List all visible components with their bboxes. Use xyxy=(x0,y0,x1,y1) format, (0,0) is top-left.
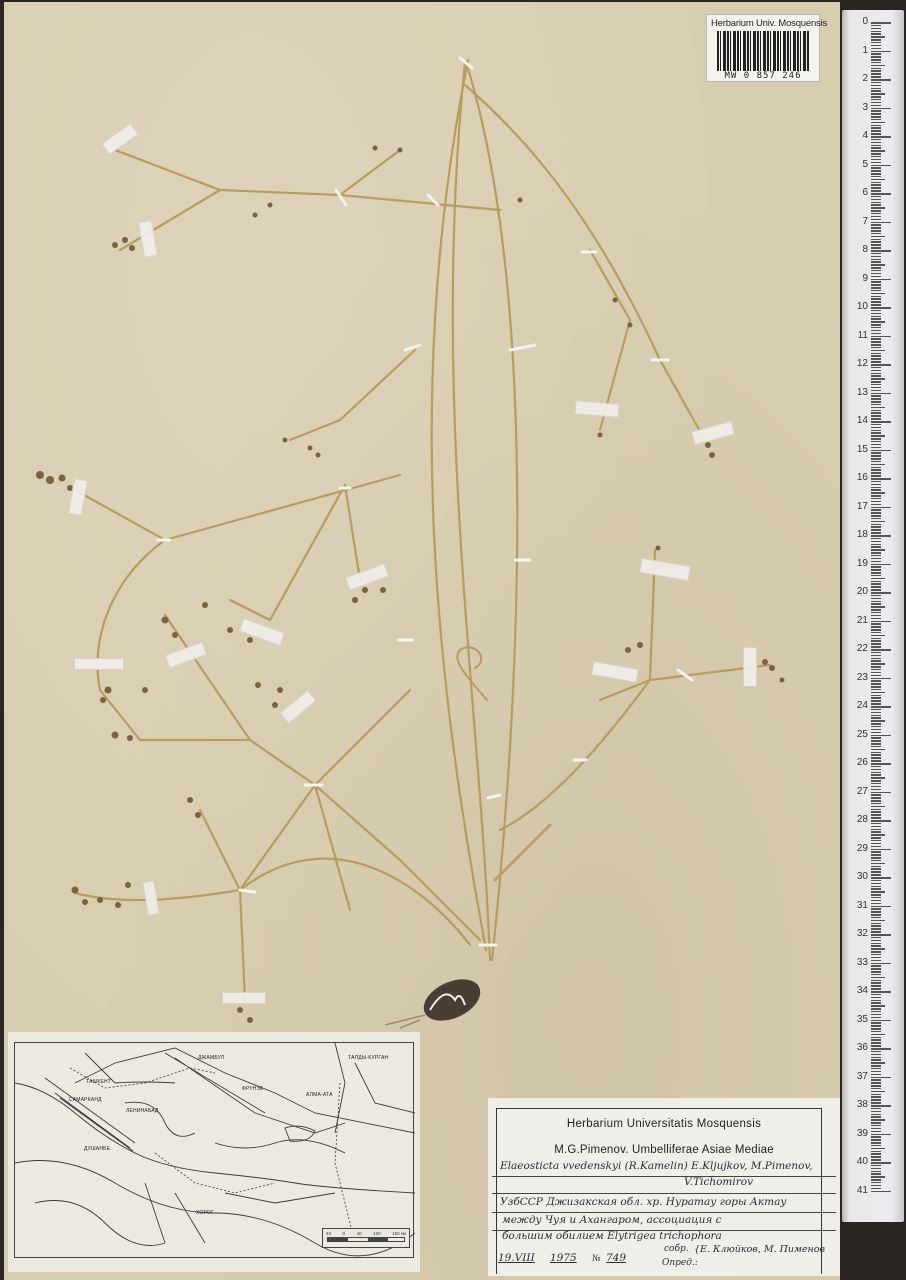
ruler-tick xyxy=(871,851,881,853)
locality-line-3: большим обилием Elytrigea trichophora xyxy=(502,1230,722,1242)
ruler-tick xyxy=(871,239,881,241)
ruler-tick xyxy=(871,167,881,169)
ruler-tick xyxy=(871,754,881,756)
ruler-tick xyxy=(871,498,881,500)
scale-tick-label: 40 xyxy=(357,1231,362,1236)
ruler-tick xyxy=(871,606,885,608)
ruler-tick xyxy=(871,763,891,765)
ruler-tick xyxy=(871,777,885,779)
ruler-tick xyxy=(871,792,891,794)
ruler-tick xyxy=(871,709,881,711)
ruler-tick xyxy=(871,430,881,432)
ruler-tick xyxy=(871,1085,881,1087)
ruler-tick xyxy=(871,353,881,355)
ruler-tick xyxy=(871,478,891,480)
ruler-tick xyxy=(871,190,881,192)
ruler-tick xyxy=(871,541,881,543)
ruler-tick xyxy=(871,1105,891,1107)
ruler-tick xyxy=(871,85,881,87)
ruler-tick xyxy=(871,145,881,147)
ruler-tick xyxy=(871,450,891,452)
ruler-number: 5 xyxy=(848,159,868,170)
ruler-tick xyxy=(871,507,891,509)
ruler-tick xyxy=(871,1182,881,1184)
ruler-tick xyxy=(871,484,881,486)
ruler-tick xyxy=(871,965,881,967)
map-city-label: АЛМА-АТА xyxy=(306,1092,333,1098)
ruler-tick xyxy=(871,891,885,893)
ruler-tick xyxy=(871,1125,881,1127)
ruler-tick xyxy=(871,99,881,101)
ruler-tick xyxy=(871,1059,881,1061)
ruler-tick xyxy=(871,814,881,816)
ruler-tick xyxy=(871,338,881,340)
ruler-tick xyxy=(871,635,885,637)
ruler-tick xyxy=(871,652,881,654)
ruler-tick xyxy=(871,330,881,332)
ruler-tick xyxy=(871,866,881,868)
ruler-tick xyxy=(871,224,881,226)
ruler-tick xyxy=(871,860,881,862)
institution-name: Herbarium Univ. Mosquensis xyxy=(711,18,815,29)
ruler-tick xyxy=(871,934,891,936)
ruler-tick xyxy=(871,1008,881,1010)
ruler-tick xyxy=(871,82,881,84)
ruler-tick xyxy=(871,62,881,64)
ruler-tick xyxy=(871,1134,891,1136)
mounting-tape xyxy=(222,992,266,1004)
ruler-number: 39 xyxy=(848,1128,868,1139)
map-city-label: ФРУНЗЕ xyxy=(242,1086,263,1092)
ruler-tick xyxy=(871,766,881,768)
ruler-tick xyxy=(871,1062,885,1064)
ruler-tick xyxy=(871,549,885,551)
ruler-tick xyxy=(871,817,881,819)
ruler-tick xyxy=(871,293,885,295)
ruler-tick xyxy=(871,364,891,366)
ruler-tick xyxy=(871,179,885,181)
label-rule xyxy=(492,1212,836,1213)
ruler-tick xyxy=(871,592,891,594)
determiner-label: Опред.: xyxy=(662,1258,698,1268)
label-title: Herbarium Universitatis Mosquensis xyxy=(488,1118,840,1130)
ruler-tick xyxy=(871,25,881,27)
map-city-label: ЛЕНИНАБАД xyxy=(126,1108,159,1114)
ruler-tick xyxy=(871,33,881,35)
ruler-tick xyxy=(871,720,885,722)
ruler-tick xyxy=(871,125,881,127)
scale-tick-label: 120 xyxy=(373,1231,381,1236)
ruler-tick xyxy=(871,877,891,879)
ruler-tick xyxy=(871,863,885,865)
ruler-tick xyxy=(871,1096,881,1098)
map-city-label: ТАЛДЫ-КУРГАН xyxy=(348,1055,388,1061)
ruler-tick xyxy=(871,310,881,312)
ruler-tick xyxy=(871,489,881,491)
ruler-tick xyxy=(871,994,881,996)
ruler-tick xyxy=(871,566,881,568)
label-rule xyxy=(492,1193,836,1194)
ruler-tick xyxy=(871,395,881,397)
ruler-tick xyxy=(871,546,881,548)
ruler-number: 20 xyxy=(848,586,868,597)
ruler-tick xyxy=(871,643,881,645)
ruler-tick xyxy=(871,1122,881,1124)
ruler-tick xyxy=(871,153,881,155)
map-city-label: ХОРОГ xyxy=(196,1210,214,1216)
ruler-tick xyxy=(871,301,881,303)
ruler-tick xyxy=(871,603,881,605)
ruler-tick xyxy=(871,823,881,825)
ruler-tick xyxy=(871,680,881,682)
ruler-tick xyxy=(871,1045,881,1047)
ruler-tick xyxy=(871,481,881,483)
ruler-number: 29 xyxy=(848,843,868,854)
ruler-tick xyxy=(871,48,881,50)
ruler-tick xyxy=(871,1102,881,1104)
ruler-tick xyxy=(871,1002,881,1004)
ruler-tick xyxy=(871,980,881,982)
ruler-tick xyxy=(871,829,881,831)
collection-date: 19.VIII xyxy=(498,1252,535,1264)
ruler-tick xyxy=(871,609,881,611)
ruler-tick xyxy=(871,142,881,144)
ruler-tick xyxy=(871,455,881,457)
ruler-tick xyxy=(871,230,881,232)
ruler-tick xyxy=(871,244,881,246)
ruler-tick xyxy=(871,1068,881,1070)
ruler-tick xyxy=(871,381,881,383)
ruler-number: 17 xyxy=(848,501,868,512)
ruler-tick xyxy=(871,250,891,252)
ruler-tick xyxy=(871,1034,885,1036)
ruler-tick xyxy=(871,1039,881,1041)
locality-line-1: УзбССР Джизакская обл. хр. Нуратау горы … xyxy=(500,1196,786,1208)
ruler-tick xyxy=(871,977,885,979)
ruler-number: 12 xyxy=(848,358,868,369)
ruler-tick xyxy=(871,826,881,828)
ruler-tick xyxy=(871,854,881,856)
ruler-tick xyxy=(871,321,885,323)
ruler-tick xyxy=(871,1079,881,1081)
ruler-tick xyxy=(871,1074,881,1076)
ruler-tick xyxy=(871,948,885,950)
ruler-tick xyxy=(871,370,881,372)
ruler-tick xyxy=(871,1020,891,1022)
ruler-tick xyxy=(871,298,881,300)
ruler-tick xyxy=(871,589,881,591)
ruler-tick xyxy=(871,347,881,349)
ruler-tick xyxy=(871,846,881,848)
ruler-tick xyxy=(871,59,881,61)
ruler-tick xyxy=(871,623,881,625)
ruler-number: 33 xyxy=(848,957,868,968)
ruler-tick xyxy=(871,831,881,833)
ruler-tick xyxy=(871,732,881,734)
ruler-tick xyxy=(871,501,881,503)
map-city-label: ДЖАМБУЛ xyxy=(198,1055,224,1061)
ruler-number: 21 xyxy=(848,615,868,626)
ruler-tick xyxy=(871,410,881,412)
ruler-tick xyxy=(871,467,881,469)
ruler-tick xyxy=(871,1168,881,1170)
ruler-number: 15 xyxy=(848,444,868,455)
ruler-tick xyxy=(871,595,881,597)
ruler-tick xyxy=(871,937,881,939)
ruler-tick xyxy=(871,1116,881,1118)
map-city-label: САМАРКАНД xyxy=(69,1097,102,1103)
ruler-tick xyxy=(871,1000,881,1002)
mounting-tape xyxy=(74,658,124,670)
ruler-tick xyxy=(871,1151,881,1153)
ruler-tick xyxy=(871,940,881,942)
ruler-tick xyxy=(871,772,881,774)
ruler-tick xyxy=(871,971,881,973)
ruler-tick xyxy=(871,703,881,705)
ruler-tick xyxy=(871,1145,881,1147)
ruler-tick xyxy=(871,538,881,540)
ruler-tick xyxy=(871,1031,881,1033)
collectors-label: собр. xyxy=(664,1244,689,1254)
ruler-tick xyxy=(871,988,881,990)
ruler-tick xyxy=(871,236,885,238)
ruler-tick xyxy=(871,1162,891,1164)
ruler-tick xyxy=(871,903,881,905)
ruler-tick xyxy=(871,689,881,691)
ruler-tick xyxy=(871,749,885,751)
ruler-tick xyxy=(871,868,881,870)
taxon-name: Elaeosticta vvedenskyi (R.Kamelin) E.Klj… xyxy=(500,1160,812,1172)
ruler-tick xyxy=(871,957,881,959)
ruler-tick xyxy=(871,666,881,668)
catalog-number: MW 0 857 246 xyxy=(711,71,815,81)
ruler-tick xyxy=(871,583,881,585)
ruler-tick xyxy=(871,415,881,417)
ruler-tick xyxy=(871,475,881,477)
ruler-tick xyxy=(871,276,881,278)
ruler-tick xyxy=(871,1153,881,1155)
ruler-tick xyxy=(871,79,891,81)
ruler-tick xyxy=(871,39,881,41)
ruler-tick xyxy=(871,438,881,440)
ruler-tick xyxy=(871,820,891,822)
ruler-tick xyxy=(871,472,881,474)
ruler-tick xyxy=(871,464,885,466)
ruler-tick xyxy=(871,287,881,289)
ruler-tick xyxy=(871,159,881,161)
ruler-number: 35 xyxy=(848,1014,868,1025)
ruler-tick xyxy=(871,752,881,754)
ruler-tick xyxy=(871,384,881,386)
collection-number: 749 xyxy=(606,1252,626,1264)
ruler-tick xyxy=(871,327,881,329)
ruler-tick xyxy=(871,532,881,534)
ruler-tick xyxy=(871,1131,881,1133)
ruler-tick xyxy=(871,407,885,409)
ruler-tick xyxy=(871,193,891,195)
locality-line-2: между Чуя и Ахангаром, ассоциация с xyxy=(502,1214,722,1226)
scale-tick-label: 160 км xyxy=(392,1231,406,1236)
ruler-tick xyxy=(871,176,881,178)
ruler-tick xyxy=(871,857,881,859)
ruler-tick xyxy=(871,1165,881,1167)
ruler-tick xyxy=(871,147,881,149)
ruler-number: 16 xyxy=(848,472,868,483)
ruler-tick xyxy=(871,73,881,75)
ruler-tick xyxy=(871,920,885,922)
ruler-number: 14 xyxy=(848,415,868,426)
ruler-tick xyxy=(871,800,881,802)
ruler-tick xyxy=(871,1173,881,1175)
ruler-number: 22 xyxy=(848,643,868,654)
ruler-tick xyxy=(871,706,891,708)
ruler-tick xyxy=(871,586,881,588)
ruler-tick xyxy=(871,65,885,67)
ruler-tick xyxy=(871,871,881,873)
ruler-tick xyxy=(871,261,881,263)
ruler-tick xyxy=(871,1048,891,1050)
ruler-tick xyxy=(871,960,881,962)
ruler-tick xyxy=(871,558,881,560)
ruler-number: 10 xyxy=(848,301,868,312)
ruler-tick xyxy=(871,1108,881,1110)
ruler-number: 38 xyxy=(848,1099,868,1110)
ruler-tick xyxy=(871,401,881,403)
ruler-tick xyxy=(871,726,881,728)
ruler-tick xyxy=(871,253,881,255)
ruler-tick xyxy=(871,441,881,443)
scale-tick-label: 40 xyxy=(326,1231,331,1236)
ruler-tick xyxy=(871,655,881,657)
ruler-tick xyxy=(871,695,881,697)
ruler-tick xyxy=(871,404,881,406)
ruler-tick xyxy=(871,76,881,78)
collectors: {Е. Клюйков, М. Пименов xyxy=(694,1244,825,1255)
ruler-tick xyxy=(871,672,881,674)
ruler-tick xyxy=(871,452,881,454)
ruler-tick xyxy=(871,535,891,537)
ruler-tick xyxy=(871,427,881,429)
ruler-tick xyxy=(871,173,881,175)
ruler-tick xyxy=(871,355,881,357)
ruler-tick xyxy=(871,760,881,762)
ruler-tick xyxy=(871,640,881,642)
ruler-tick xyxy=(871,803,881,805)
scale-ruler: 0123456789101112131415161718192021222324… xyxy=(842,10,904,1222)
ruler-tick xyxy=(871,769,881,771)
ruler-tick xyxy=(871,564,891,566)
ruler-tick xyxy=(871,968,881,970)
ruler-tick xyxy=(871,1091,885,1093)
ruler-tick xyxy=(871,900,881,902)
ruler-tick xyxy=(871,233,881,235)
ruler-tick xyxy=(871,1139,881,1141)
ruler-tick xyxy=(871,241,881,243)
ruler-tick xyxy=(871,806,885,808)
ruler-tick xyxy=(871,187,881,189)
ruler-number: 24 xyxy=(848,700,868,711)
ruler-tick xyxy=(871,156,881,158)
ruler-tick xyxy=(871,113,881,115)
ruler-tick xyxy=(871,341,881,343)
mounting-tape xyxy=(743,647,757,687)
ruler-tick xyxy=(871,504,881,506)
ruler-tick xyxy=(871,361,881,363)
ruler-tick xyxy=(871,324,881,326)
ruler-tick xyxy=(871,894,881,896)
ruler-tick xyxy=(871,447,881,449)
ruler-tick xyxy=(871,116,881,118)
ruler-tick xyxy=(871,247,881,249)
ruler-tick xyxy=(871,723,881,725)
ruler-tick xyxy=(871,458,881,460)
ruler-tick xyxy=(871,780,881,782)
ruler-tick xyxy=(871,1179,881,1181)
ruler-tick xyxy=(871,259,881,261)
ruler-tick xyxy=(871,122,885,124)
ruler-tick xyxy=(871,925,881,927)
ruler-tick xyxy=(871,1088,881,1090)
ruler-tick xyxy=(871,729,881,731)
ruler-tick xyxy=(871,398,881,400)
ruler-tick xyxy=(871,621,891,623)
ruler-tick xyxy=(871,51,891,53)
label-rule xyxy=(492,1176,836,1177)
ruler-tick xyxy=(871,216,881,218)
ruler-tick xyxy=(871,68,881,70)
ruler-tick xyxy=(871,165,891,167)
ruler-tick xyxy=(871,202,881,204)
ruler-tick xyxy=(871,809,881,811)
ruler-tick xyxy=(871,575,881,577)
ruler-tick xyxy=(871,378,885,380)
ruler-number: 28 xyxy=(848,814,868,825)
ruler-tick xyxy=(871,444,881,446)
ruler-tick xyxy=(871,521,885,523)
ruler-tick xyxy=(871,849,891,851)
ruler-tick xyxy=(871,412,881,414)
ruler-tick xyxy=(871,1054,881,1056)
collection-year: 1975 xyxy=(550,1252,577,1264)
ruler-tick xyxy=(871,917,881,919)
ruler-tick xyxy=(871,908,881,910)
ruler-tick xyxy=(871,1011,881,1013)
ruler-number: 11 xyxy=(848,330,868,341)
ruler-number: 1 xyxy=(848,45,868,56)
ruler-tick xyxy=(871,28,881,30)
ruler-tick xyxy=(871,227,881,229)
ruler-tick xyxy=(871,954,881,956)
ruler-tick xyxy=(871,1022,881,1024)
ruler-tick xyxy=(871,524,881,526)
ruler-tick xyxy=(871,598,881,600)
ruler-tick xyxy=(871,133,881,135)
ruler-tick xyxy=(871,358,881,360)
ruler-number: 37 xyxy=(848,1071,868,1082)
ruler-tick xyxy=(871,572,881,574)
ruler-tick xyxy=(871,219,881,221)
ruler-number: 9 xyxy=(848,273,868,284)
ruler-tick xyxy=(871,982,881,984)
ruler-tick xyxy=(871,837,881,839)
ruler-tick xyxy=(871,1159,881,1161)
ruler-tick xyxy=(871,1171,881,1173)
ruler-number: 25 xyxy=(848,729,868,740)
ruler-tick xyxy=(871,1065,881,1067)
barcode-label: Herbarium Univ. Mosquensis MW 0 857 246 xyxy=(706,14,820,82)
ruler-tick xyxy=(871,492,885,494)
ruler-number: 18 xyxy=(848,529,868,540)
